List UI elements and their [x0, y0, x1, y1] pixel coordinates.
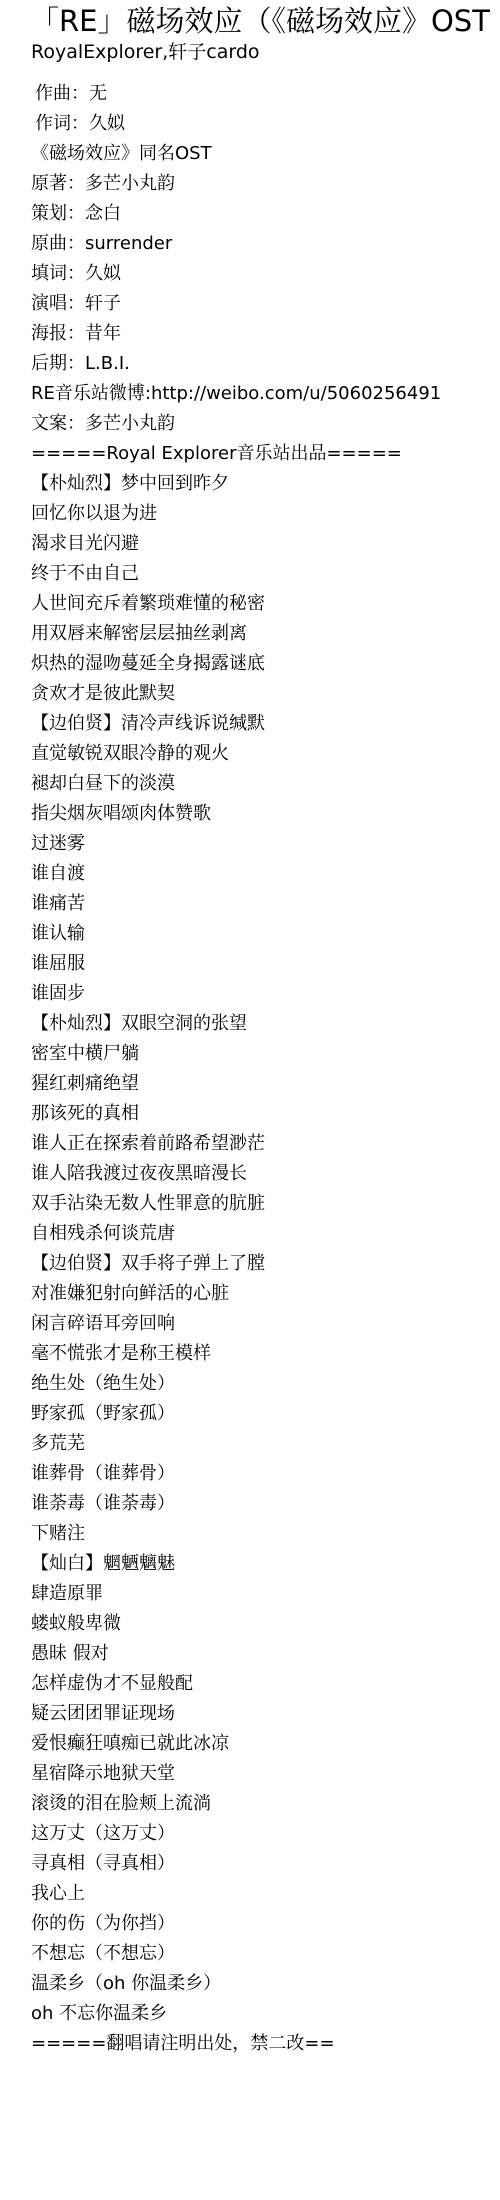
lyric-line: 作曲：无: [31, 79, 441, 109]
lyric-line: 野家孤（野家孤）: [31, 1399, 441, 1429]
lyric-line: 爱恨癫狂嗔痴已就此冰凉: [31, 1729, 441, 1759]
lyric-line: 星宿降示地狱天堂: [31, 1759, 441, 1789]
lyric-line: 【灿白】魍魉魑魅: [31, 1549, 441, 1579]
lyric-line: 下赌注: [31, 1519, 441, 1549]
lyric-line: 多荒芜: [31, 1429, 441, 1459]
lyric-line: 滚烫的泪在脸颊上流淌: [31, 1789, 441, 1819]
lyric-line: 贪欢才是彼此默契: [31, 679, 441, 709]
lyric-line: 愚昧 假对: [31, 1639, 441, 1669]
lyric-line: 谁人陪我渡过夜夜黑暗漫长: [31, 1159, 441, 1189]
lyric-line: 【边伯贤】双手将子弹上了膛: [31, 1249, 441, 1279]
lyric-line: 谁荼毒（谁荼毒）: [31, 1489, 441, 1519]
lyric-line: oh 不忘你温柔乡: [31, 1999, 441, 2029]
lyric-line: 海报：昔年: [31, 319, 441, 349]
lyric-line: 谁葬骨（谁葬骨）: [31, 1459, 441, 1489]
lyric-line: =====翻唱请注明出处，禁二改==: [31, 2029, 441, 2059]
lyric-line: 双手沾染无数人性罪意的肮脏: [31, 1189, 441, 1219]
lyric-line: 密室中横尸躺: [31, 1039, 441, 1069]
lyric-line: 直觉敏锐双眼冷静的观火: [31, 739, 441, 769]
lyric-line: 【边伯贤】清冷声线诉说缄默: [31, 709, 441, 739]
lyric-line: 褪却白昼下的淡漠: [31, 769, 441, 799]
lyric-line: 谁人正在探索着前路希望渺茫: [31, 1129, 441, 1159]
lyric-line: 你的伤（为你挡）: [31, 1909, 441, 1939]
lyric-line: 过迷雾: [31, 829, 441, 859]
lyric-line: 对准嫌犯射向鲜活的心脏: [31, 1279, 441, 1309]
lyric-line: 指尖烟灰唱颂肉体赞歌: [31, 799, 441, 829]
lyric-line: 策划：念白: [31, 199, 441, 229]
lyric-line: 后期：L.B.I.: [31, 349, 441, 379]
lyric-line: 作词：久姒: [31, 109, 441, 139]
lyric-line: 谁固步: [31, 979, 441, 1009]
lyric-line: 人世间充斥着繁琐难懂的秘密: [31, 589, 441, 619]
lyric-line: 寻真相（寻真相）: [31, 1849, 441, 1879]
lyric-line: 我心上: [31, 1879, 441, 1909]
lyric-line: 温柔乡（oh 你温柔乡）: [31, 1969, 441, 1999]
song-artists: RoyalExplorer,轩子cardo: [31, 40, 260, 64]
lyric-line: 回忆你以退为进: [31, 499, 441, 529]
lyrics-list: 作曲：无 作词：久姒 《磁场效应》同名OST 原著：多芒小丸韵 策划：念白 原曲…: [31, 79, 441, 2059]
lyric-line: 怎样虚伪才不显般配: [31, 1669, 441, 1699]
lyric-line: 谁自渡: [31, 859, 441, 889]
lyric-line: 【朴灿烈】梦中回到昨夕: [31, 469, 441, 499]
lyric-line: 谁痛苦: [31, 889, 441, 919]
lyric-line: 原著：多芒小丸韵: [31, 169, 441, 199]
lyric-line: RE音乐站微博:http://weibo.com/u/5060256491: [31, 379, 441, 409]
lyric-line: 自相残杀何谈荒唐: [31, 1219, 441, 1249]
lyric-line: 文案：多芒小丸韵: [31, 409, 441, 439]
lyric-line: 谁屈服: [31, 949, 441, 979]
lyric-line: 绝生处（绝生处）: [31, 1369, 441, 1399]
lyric-line: 演唱：轩子: [31, 289, 441, 319]
lyric-line: 谁认输: [31, 919, 441, 949]
lyric-line: 不想忘（不想忘）: [31, 1939, 441, 1969]
lyric-line: 填词：久姒: [31, 259, 441, 289]
lyric-line: 那该死的真相: [31, 1099, 441, 1129]
lyric-line: =====Royal Explorer音乐站出品=====: [31, 439, 441, 469]
lyric-line: 这万丈（这万丈）: [31, 1819, 441, 1849]
lyric-line: 终于不由自己: [31, 559, 441, 589]
lyric-line: 原曲：surrender: [31, 229, 441, 259]
lyric-line: 疑云团团罪证现场: [31, 1699, 441, 1729]
lyric-line: 猩红刺痛绝望: [31, 1069, 441, 1099]
lyric-line: 闲言碎语耳旁回响: [31, 1309, 441, 1339]
lyric-line: 用双唇来解密层层抽丝剥离: [31, 619, 441, 649]
lyric-line: 渴求目光闪避: [31, 529, 441, 559]
lyric-line: 炽热的湿吻蔓延全身揭露谜底: [31, 649, 441, 679]
lyric-line: 蝼蚁般卑微: [31, 1609, 441, 1639]
lyric-line: 毫不慌张才是称王模样: [31, 1339, 441, 1369]
lyric-line: 《磁场效应》同名OST: [31, 139, 441, 169]
lyric-line: 肆造原罪: [31, 1579, 441, 1609]
lyric-line: 【朴灿烈】双眼空洞的张望: [31, 1009, 441, 1039]
song-title: 「RE」磁场效应（《磁场效应》OST: [30, 2, 490, 40]
